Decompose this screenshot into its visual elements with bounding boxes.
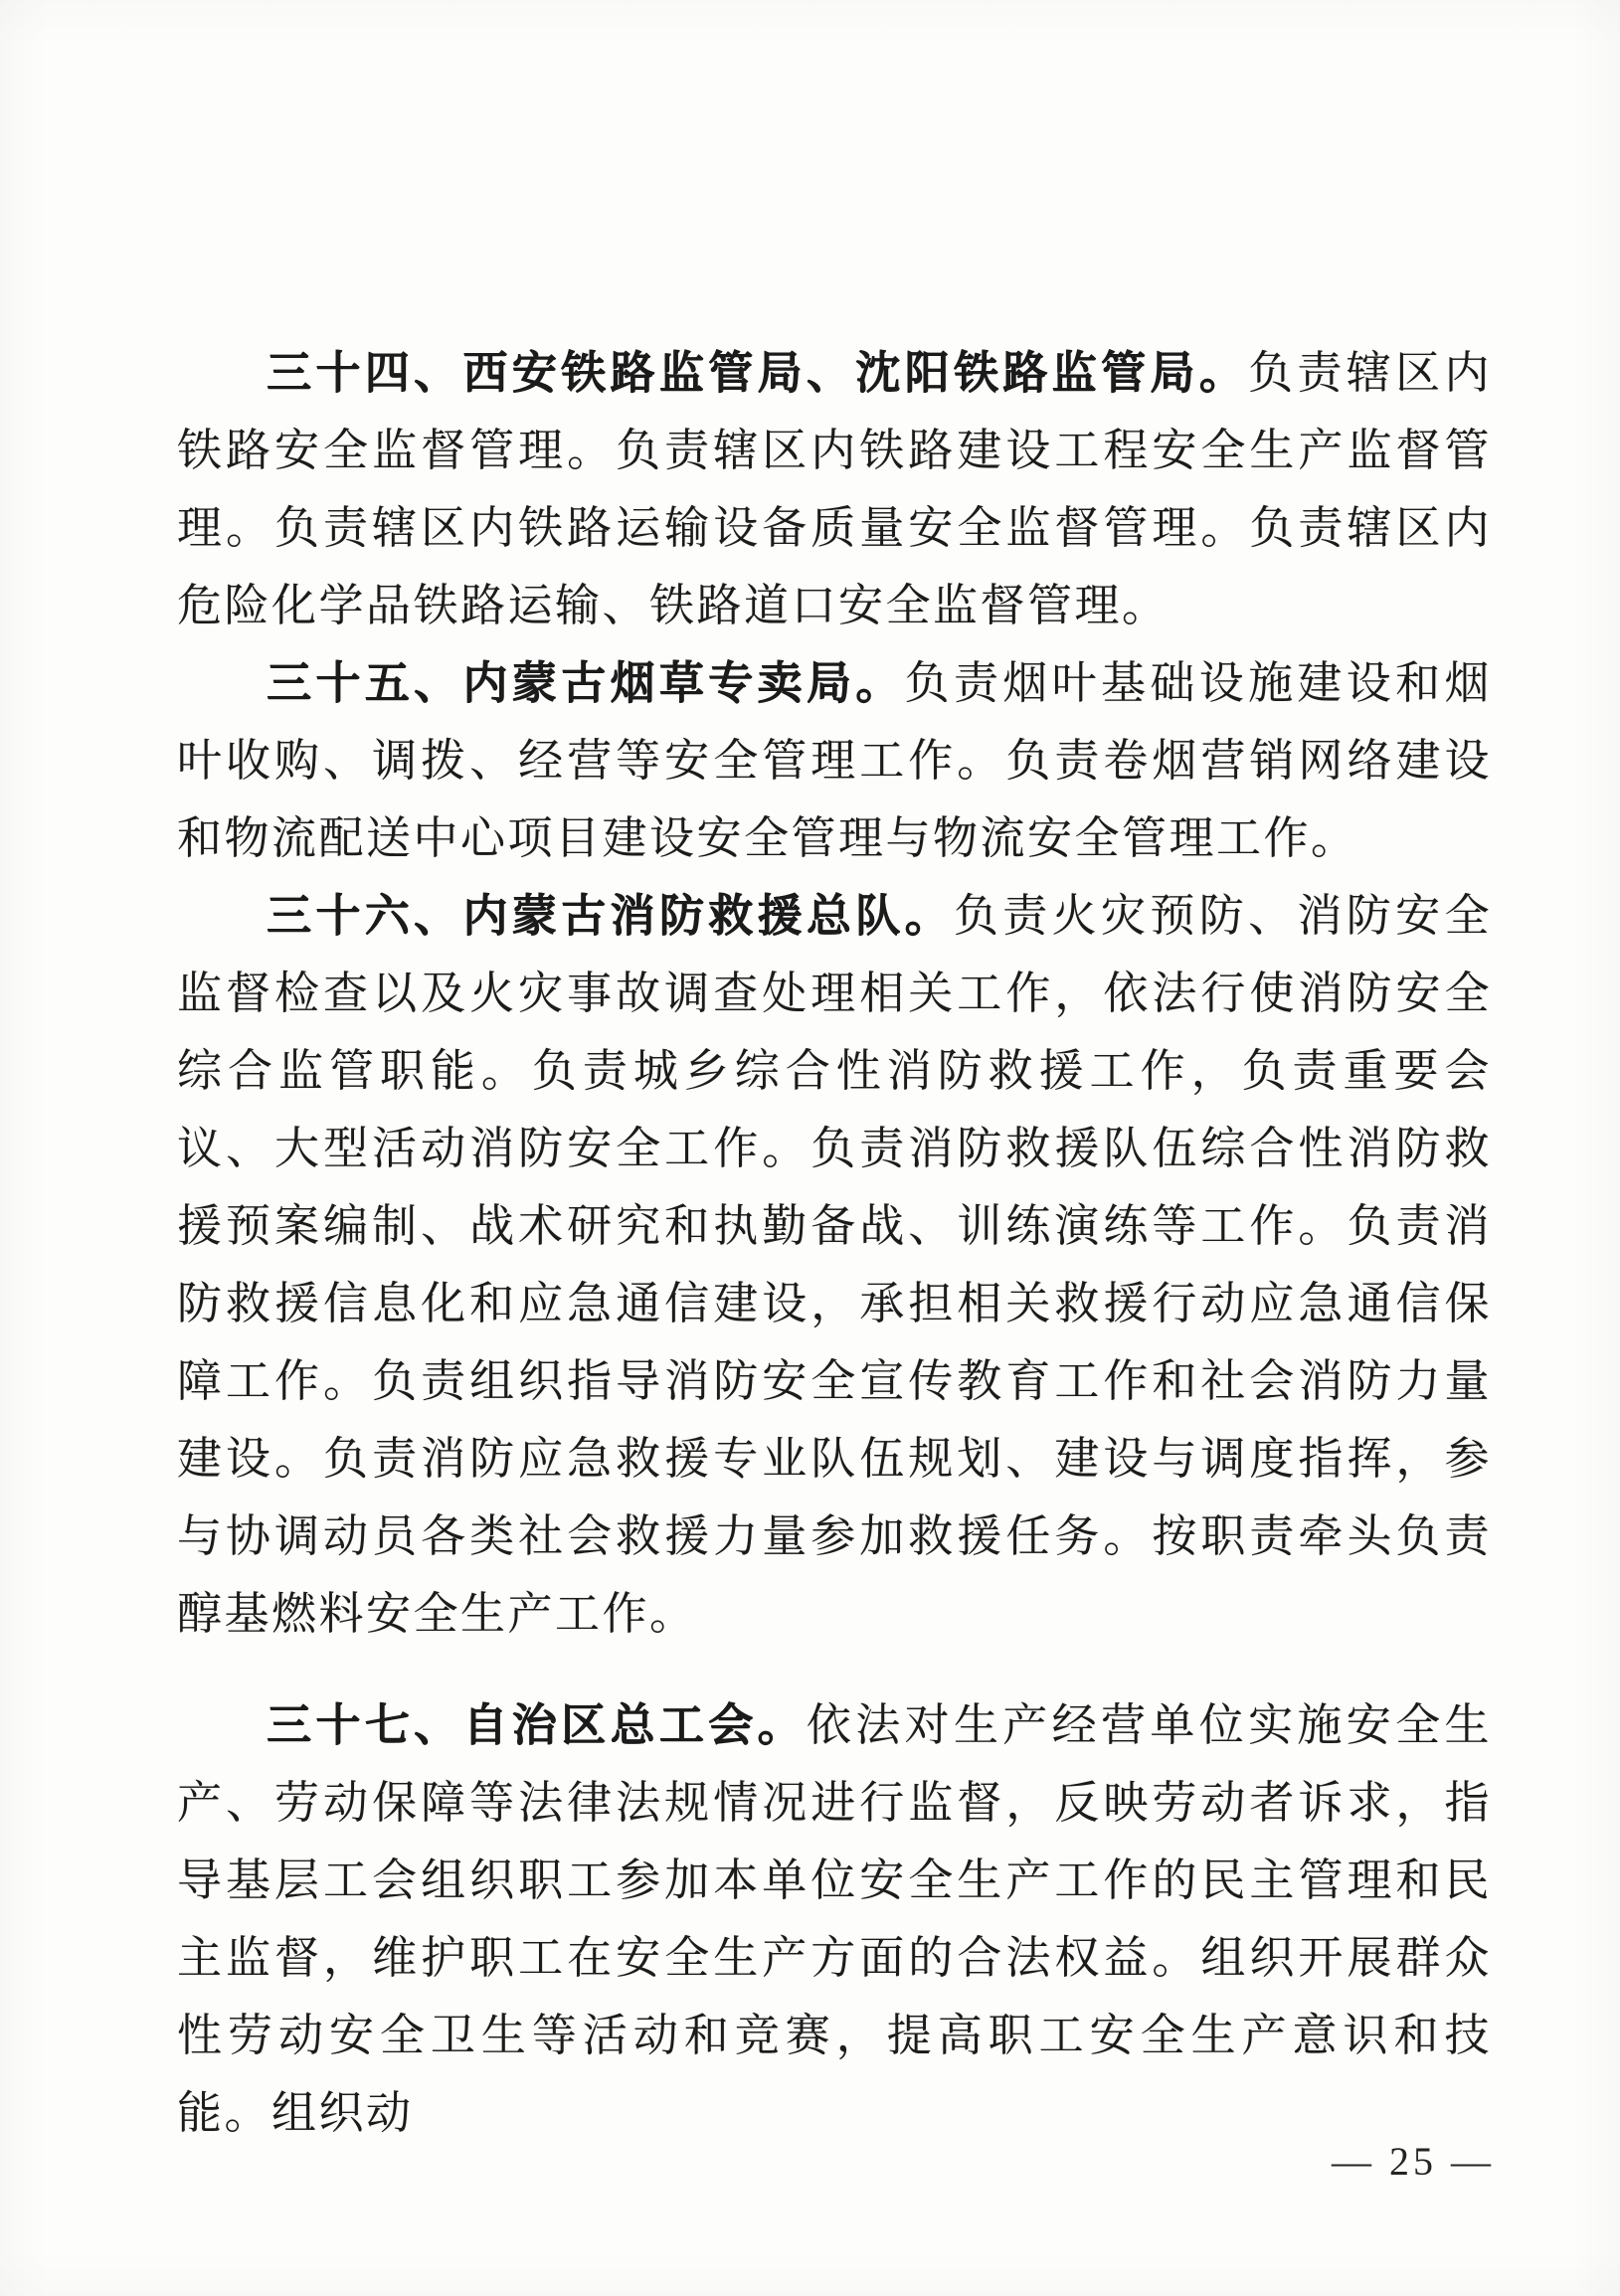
section-body-36: 负责火灾预防、消防安全监督检查以及火灾事故调查处理相关工作，依法行使消防安全综合… [177,891,1492,1639]
document-page: 三十四、西安铁路监管局、沈阳铁路监管局。负责辖区内铁路安全监督管理。负责辖区内铁… [0,0,1620,2296]
section-body-37: 依法对生产经营单位实施安全生产、劳动保障等法律法规情况进行监督，反映劳动者诉求，… [177,1700,1492,2138]
text-column: 三十四、西安铁路监管局、沈阳铁路监管局。负责辖区内铁路安全监督管理。负责辖区内铁… [177,334,1492,2152]
section-heading-34: 三十四、西安铁路监管局、沈阳铁路监管局。 [267,348,1248,398]
paragraph-section-34: 三十四、西安铁路监管局、沈阳铁路监管局。负责辖区内铁路安全监督管理。负责辖区内铁… [177,334,1492,644]
page-number: — 25 — [1332,2138,1495,2185]
section-heading-36: 三十六、内蒙古消防救援总队。 [267,891,954,941]
paragraph-section-37: 三十七、自治区总工会。依法对生产经营单位实施安全生产、劳动保障等法律法规情况进行… [177,1686,1492,2152]
paragraph-section-35: 三十五、内蒙古烟草专卖局。负责烟叶基础设施建设和烟叶收购、调拨、经营等安全管理工… [177,644,1492,877]
section-heading-35: 三十五、内蒙古烟草专卖局。 [267,658,905,708]
section-heading-37: 三十七、自治区总工会。 [267,1700,807,1750]
paragraph-section-36: 三十六、内蒙古消防救援总队。负责火灾预防、消防安全监督检查以及火灾事故调查处理相… [177,877,1492,1653]
